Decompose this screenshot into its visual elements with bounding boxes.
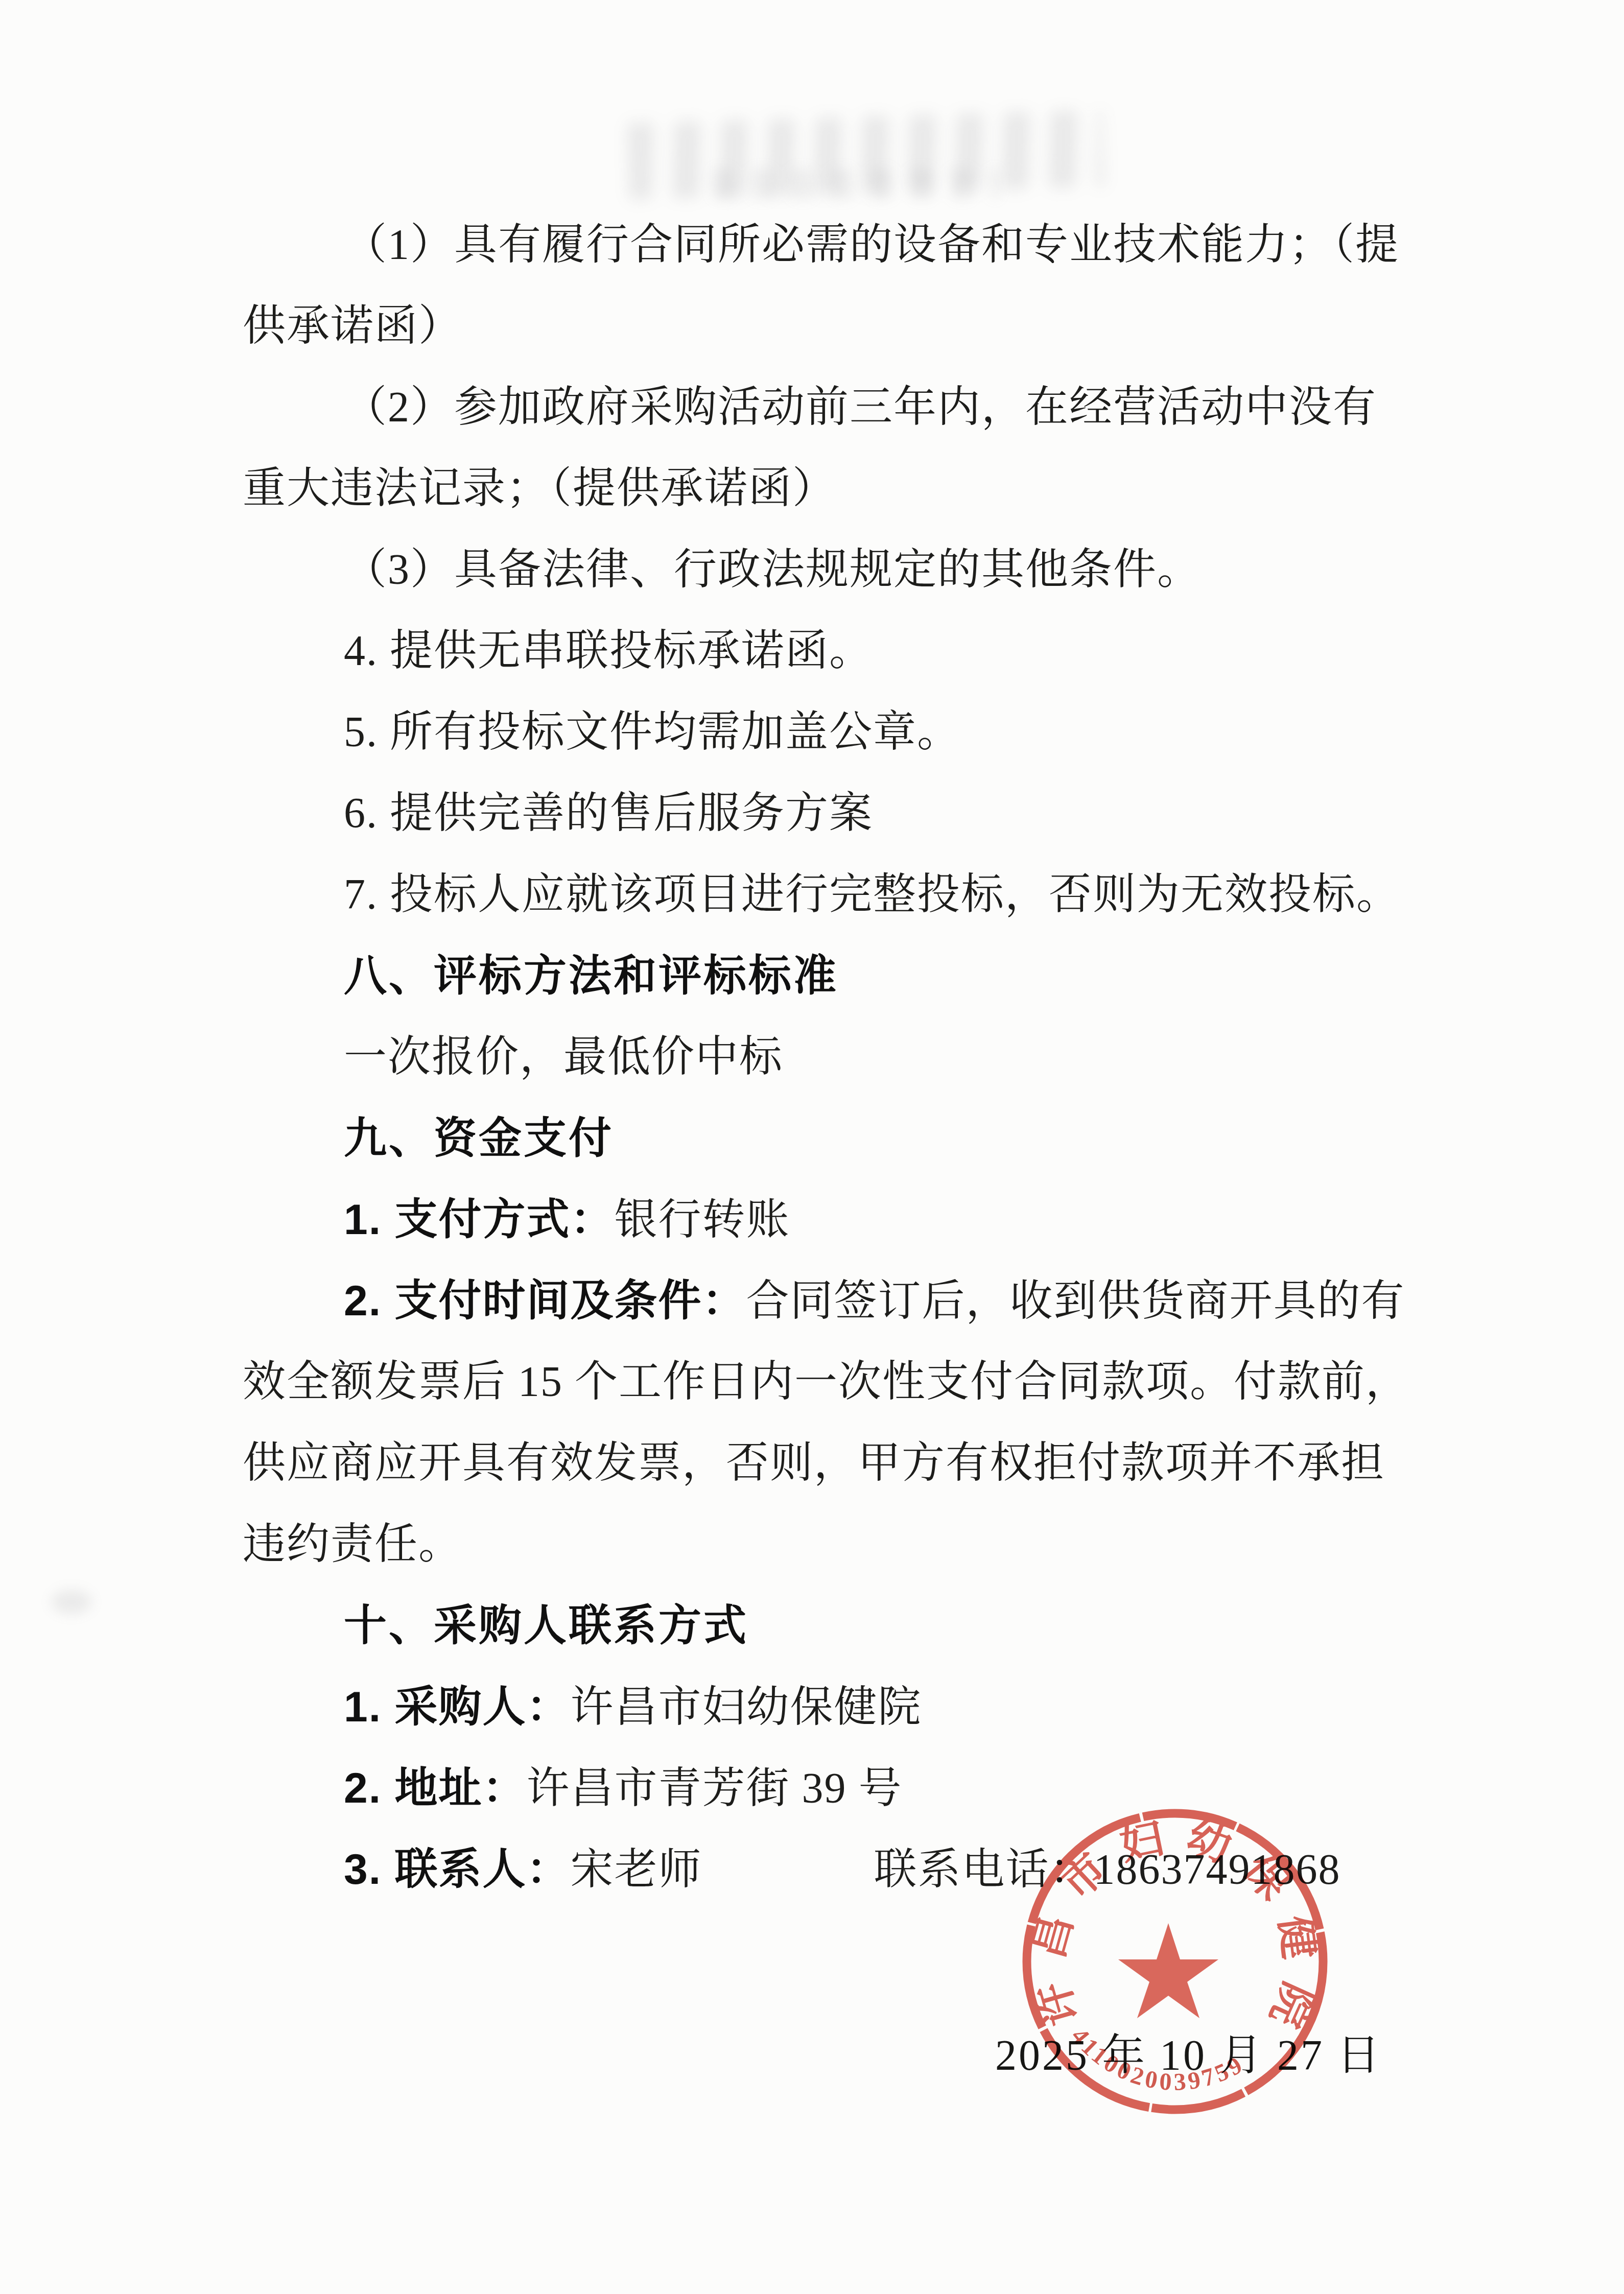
field-value: 许昌市青芳街 39 号 <box>526 1765 902 1812</box>
text-run: 违约责任。 <box>243 1521 462 1568</box>
document-line: 7. 投标人应就该项目进行完整投标，否则为无效投标。 <box>243 854 1433 935</box>
text-run: （2）参加政府采购活动前三年内，在经营活动中没有 <box>344 384 1377 431</box>
official-seal-stamp: 许昌市妇幼保健院 4110020039759 <box>1016 1802 1334 2121</box>
text-run: 供承诺函） <box>243 302 462 350</box>
document-line: 1. 支付方式：银行转账 <box>243 1179 1433 1260</box>
field-label: 2. 地址： <box>344 1764 526 1812</box>
document-line: 供应商应开具有效发票，否则，甲方有权拒付款项并不承担 <box>243 1423 1433 1504</box>
document-page: （1）具有履行合同所必需的设备和专业技术能力；（提 供承诺函） （2）参加政府采… <box>0 0 1624 2294</box>
field-value: 许昌市妇幼保健院 <box>570 1684 922 1731</box>
document-line: 重大违法记录；（提供承诺函） <box>243 448 1433 529</box>
document-line: 八、评标方法和评标标准 <box>243 935 1433 1016</box>
document-line: 九、资金支付 <box>243 1098 1433 1179</box>
document-line: 供承诺函） <box>243 286 1433 367</box>
text-run: 效全额发票后 15 个工作日内一次性支付合同款项。付款前， <box>243 1358 1409 1406</box>
document-line: 一次报价，最低价中标 <box>243 1016 1433 1098</box>
text-run: 6. 提供完善的售后服务方案 <box>344 790 873 837</box>
field-label: 2. 支付时间及条件： <box>344 1276 746 1325</box>
text-run: 4. 提供无串联投标承诺函。 <box>344 627 873 675</box>
field-label: 1. 采购人： <box>344 1683 570 1731</box>
field-value: 合同签订后，收到供货商开具的有 <box>746 1278 1405 1325</box>
field-value: 宋老师 <box>570 1846 702 1894</box>
document-line: （1）具有履行合同所必需的设备和专业技术能力；（提 <box>243 204 1433 286</box>
field-label: 1. 支付方式： <box>344 1195 614 1243</box>
document-body: （1）具有履行合同所必需的设备和专业技术能力；（提 供承诺函） （2）参加政府采… <box>243 204 1433 1910</box>
field-label: 3. 联系人： <box>344 1845 570 1893</box>
svg-text:许昌市妇幼保健院: 许昌市妇幼保健院 <box>1025 1811 1325 2050</box>
stamp-org-text: 许昌市妇幼保健院 <box>1025 1811 1325 2050</box>
document-line: 违约责任。 <box>243 1504 1433 1585</box>
section-header: 八、评标方法和评标标准 <box>344 952 838 1000</box>
document-line: 4. 提供无串联投标承诺函。 <box>243 610 1433 692</box>
document-line: 2. 支付时间及条件：合同签订后，收到供货商开具的有 <box>243 1260 1433 1341</box>
document-line: 6. 提供完善的售后服务方案 <box>243 773 1433 854</box>
document-line: 十、采购人联系方式 <box>243 1585 1433 1666</box>
section-header: 九、资金支付 <box>344 1114 614 1162</box>
star-icon <box>1118 1923 1218 2018</box>
text-run: 7. 投标人应就该项目进行完整投标，否则为无效投标。 <box>344 871 1400 918</box>
watermark-smudge <box>713 169 999 199</box>
document-line: （2）参加政府采购活动前三年内，在经营活动中没有 <box>243 367 1433 448</box>
document-line: 效全额发票后 15 个工作日内一次性支付合同款项。付款前， <box>243 1341 1433 1423</box>
document-line: 5. 所有投标文件均需加盖公章。 <box>243 692 1433 773</box>
margin-smudge <box>51 1590 92 1614</box>
document-line: （3）具备法律、行政法规规定的其他条件。 <box>243 529 1433 610</box>
text-run: 一次报价，最低价中标 <box>344 1033 783 1081</box>
field-value: 银行转账 <box>614 1196 790 1244</box>
document-line: 1. 采购人：许昌市妇幼保健院 <box>243 1666 1433 1747</box>
section-header: 十、采购人联系方式 <box>344 1601 748 1649</box>
text-run: 重大违法记录；（提供承诺函） <box>243 465 836 512</box>
text-run: 5. 所有投标文件均需加盖公章。 <box>344 708 961 756</box>
text-run: 供应商应开具有效发票，否则，甲方有权拒付款项并不承担 <box>243 1439 1385 1487</box>
text-run: （3）具备法律、行政法规规定的其他条件。 <box>344 546 1201 594</box>
text-run: （1）具有履行合同所必需的设备和专业技术能力；（提 <box>344 221 1399 269</box>
